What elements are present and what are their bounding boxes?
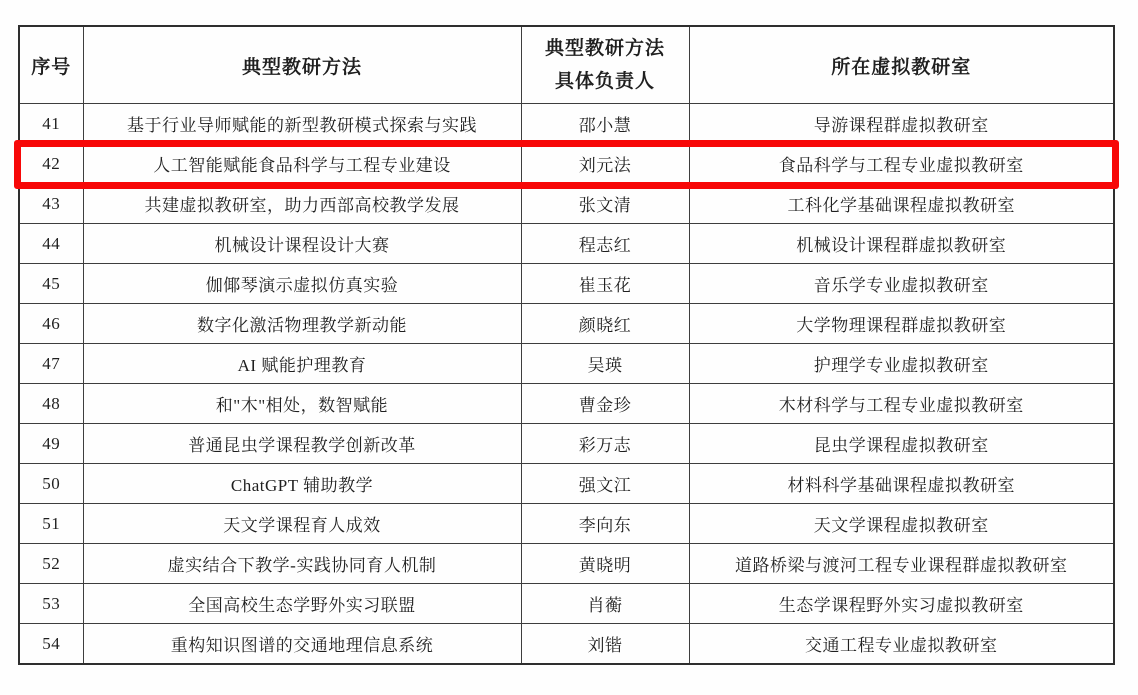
room-cell: 昆虫学课程虚拟教研室 [689,424,1114,464]
method-cell: 天文学课程育人成效 [83,504,521,544]
table-row: 45 伽倻琴演示虚拟仿真实验 崔玉花 音乐学专业虚拟教研室 [19,264,1114,304]
room-cell: 工科化学基础课程虚拟教研室 [689,184,1114,224]
method-cell: 重构知识图谱的交通地理信息系统 [83,624,521,665]
header-col-number: 序号 [19,26,83,104]
method-cell: AI 赋能护理教育 [83,344,521,384]
table-row: 47 AI 赋能护理教育 吴瑛 护理学专业虚拟教研室 [19,344,1114,384]
room-cell: 道路桥梁与渡河工程专业课程群虚拟教研室 [689,544,1114,584]
method-cell: 伽倻琴演示虚拟仿真实验 [83,264,521,304]
row-number-cell: 49 [19,424,83,464]
row-number-cell: 41 [19,104,83,144]
table-header-row: 序号 典型教研方法 典型教研方法 具体负责人 所在虚拟教研室 [19,26,1114,104]
scanned-document-page: 序号 典型教研方法 典型教研方法 具体负责人 所在虚拟教研室 41 基于行业导师… [0,0,1138,695]
table-row: 46 数字化激活物理教学新动能 颜晓红 大学物理课程群虚拟教研室 [19,304,1114,344]
person-cell: 黄晓明 [521,544,689,584]
table-row: 54 重构知识图谱的交通地理信息系统 刘锴 交通工程专业虚拟教研室 [19,624,1114,665]
room-cell: 食品科学与工程专业虚拟教研室 [689,144,1114,184]
method-cell: 共建虚拟教研室，助力西部高校教学发展 [83,184,521,224]
row-number-cell: 51 [19,504,83,544]
room-cell: 导游课程群虚拟教研室 [689,104,1114,144]
room-cell: 木材科学与工程专业虚拟教研室 [689,384,1114,424]
person-cell: 邵小慧 [521,104,689,144]
method-cell: 和"木"相处，数智赋能 [83,384,521,424]
person-cell: 曹金珍 [521,384,689,424]
table-row: 53 全国高校生态学野外实习联盟 肖蘅 生态学课程野外实习虚拟教研室 [19,584,1114,624]
row-number-cell: 42 [19,144,83,184]
table-row: 49 普通昆虫学课程教学创新改革 彩万志 昆虫学课程虚拟教研室 [19,424,1114,464]
row-number-cell: 46 [19,304,83,344]
room-cell: 材料科学基础课程虚拟教研室 [689,464,1114,504]
room-cell: 机械设计课程群虚拟教研室 [689,224,1114,264]
row-number-cell: 44 [19,224,83,264]
row-number-cell: 53 [19,584,83,624]
room-cell: 大学物理课程群虚拟教研室 [689,304,1114,344]
person-cell: 彩万志 [521,424,689,464]
header-col-person: 典型教研方法 具体负责人 [521,26,689,104]
header-col-method: 典型教研方法 [83,26,521,104]
row-number-cell: 43 [19,184,83,224]
row-number-cell: 45 [19,264,83,304]
header-col-person-line1: 典型教研方法 [526,32,685,65]
row-number-cell: 48 [19,384,83,424]
person-cell: 程志红 [521,224,689,264]
method-cell: 虚实结合下教学-实践协同育人机制 [83,544,521,584]
table-row: 41 基于行业导师赋能的新型教研模式探索与实践 邵小慧 导游课程群虚拟教研室 [19,104,1114,144]
table-row: 48 和"木"相处，数智赋能 曹金珍 木材科学与工程专业虚拟教研室 [19,384,1114,424]
teaching-research-table: 序号 典型教研方法 典型教研方法 具体负责人 所在虚拟教研室 41 基于行业导师… [18,25,1115,665]
table-row: 42 人工智能赋能食品科学与工程专业建设 刘元法 食品科学与工程专业虚拟教研室 [19,144,1114,184]
row-number-cell: 47 [19,344,83,384]
person-cell: 刘锴 [521,624,689,665]
room-cell: 音乐学专业虚拟教研室 [689,264,1114,304]
room-cell: 交通工程专业虚拟教研室 [689,624,1114,665]
person-cell: 李向东 [521,504,689,544]
person-cell: 颜晓红 [521,304,689,344]
method-cell: 全国高校生态学野外实习联盟 [83,584,521,624]
person-cell: 张文清 [521,184,689,224]
method-cell: ChatGPT 辅助教学 [83,464,521,504]
row-number-cell: 52 [19,544,83,584]
room-cell: 护理学专业虚拟教研室 [689,344,1114,384]
table-row: 51 天文学课程育人成效 李向东 天文学课程虚拟教研室 [19,504,1114,544]
table-row: 43 共建虚拟教研室，助力西部高校教学发展 张文清 工科化学基础课程虚拟教研室 [19,184,1114,224]
header-col-person-line2: 具体负责人 [526,65,685,98]
table-row: 50 ChatGPT 辅助教学 强文江 材料科学基础课程虚拟教研室 [19,464,1114,504]
room-cell: 生态学课程野外实习虚拟教研室 [689,584,1114,624]
table-body: 41 基于行业导师赋能的新型教研模式探索与实践 邵小慧 导游课程群虚拟教研室 4… [19,104,1114,665]
row-number-cell: 54 [19,624,83,665]
person-cell: 崔玉花 [521,264,689,304]
method-cell: 基于行业导师赋能的新型教研模式探索与实践 [83,104,521,144]
person-cell: 吴瑛 [521,344,689,384]
method-cell: 人工智能赋能食品科学与工程专业建设 [83,144,521,184]
person-cell: 刘元法 [521,144,689,184]
person-cell: 肖蘅 [521,584,689,624]
method-cell: 机械设计课程设计大赛 [83,224,521,264]
header-col-room: 所在虚拟教研室 [689,26,1114,104]
table-row: 52 虚实结合下教学-实践协同育人机制 黄晓明 道路桥梁与渡河工程专业课程群虚拟… [19,544,1114,584]
row-number-cell: 50 [19,464,83,504]
person-cell: 强文江 [521,464,689,504]
method-cell: 数字化激活物理教学新动能 [83,304,521,344]
method-cell: 普通昆虫学课程教学创新改革 [83,424,521,464]
room-cell: 天文学课程虚拟教研室 [689,504,1114,544]
table-row: 44 机械设计课程设计大赛 程志红 机械设计课程群虚拟教研室 [19,224,1114,264]
